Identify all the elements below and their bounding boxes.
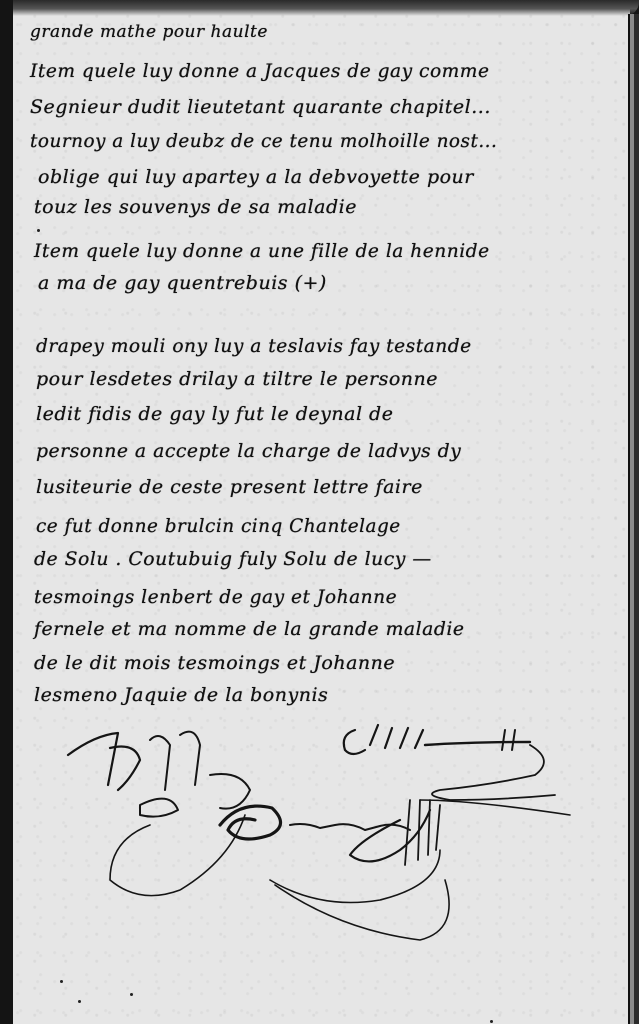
paper-speck bbox=[78, 1000, 81, 1003]
paper-speck bbox=[60, 980, 63, 983]
signature-right bbox=[344, 725, 570, 815]
paper-speck bbox=[37, 229, 40, 232]
paper-speck bbox=[490, 1020, 493, 1023]
signature-center bbox=[210, 774, 449, 940]
paper-speck bbox=[130, 993, 133, 996]
signature-flourishes bbox=[0, 0, 639, 1024]
signature-left bbox=[68, 732, 245, 896]
